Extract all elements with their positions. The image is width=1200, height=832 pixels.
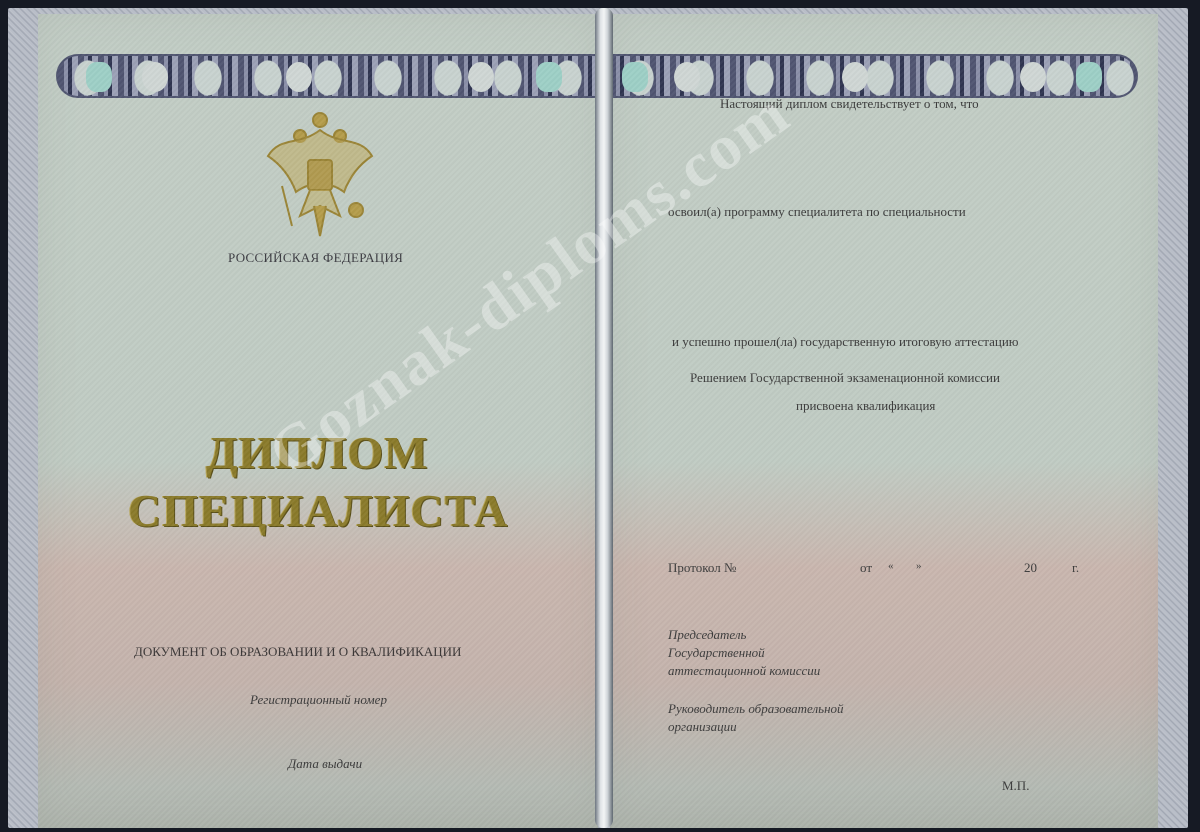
chairman-line3: аттестационной комиссии <box>668 662 820 680</box>
diploma-title-line2: СПЕЦИАЛИСТА <box>128 484 508 537</box>
seal-label: М.П. <box>1002 778 1029 794</box>
guilloche-band-right <box>610 54 1138 98</box>
year-suffix: г. <box>1072 560 1079 576</box>
document-type: ДОКУМЕНТ ОБ ОБРАЗОВАНИИ И О КВАЛИФИКАЦИИ <box>134 644 461 660</box>
pale-ornament <box>286 62 312 92</box>
head-line2: организации <box>668 718 844 736</box>
teal-ornament <box>536 62 562 92</box>
issue-date-label: Дата выдачи <box>288 756 362 772</box>
teal-ornament <box>1076 62 1102 92</box>
protocol-label: Протокол № <box>668 560 736 576</box>
pale-ornament <box>842 62 868 92</box>
pale-ornament <box>674 62 700 92</box>
quote-close: » <box>916 560 922 572</box>
teal-ornament <box>86 62 112 92</box>
chairman-line2: Государственной <box>668 644 820 662</box>
teal-ornament <box>622 62 648 92</box>
pale-ornament <box>468 62 494 92</box>
head-line1: Руководитель образовательной <box>668 700 844 718</box>
country-name: РОССИЙСКАЯ ФЕДЕРАЦИЯ <box>228 250 403 266</box>
coat-of-arms-icon <box>260 106 380 246</box>
qualification-line: присвоена квалификация <box>796 398 935 414</box>
guilloche-band-left <box>56 54 612 98</box>
registration-number-label: Регистрационный номер <box>250 692 387 708</box>
year-prefix: 20 <box>1024 560 1037 576</box>
chairman-line1: Председатель <box>668 626 820 644</box>
from-label: от <box>860 560 872 576</box>
pale-ornament <box>142 62 168 92</box>
binding-spine <box>595 8 613 828</box>
chairman-signature-label: Председатель Государственной аттестацион… <box>668 626 820 680</box>
attestation-line: и успешно прошел(ла) государственную ито… <box>672 334 1019 350</box>
head-signature-label: Руководитель образовательной организации <box>668 700 844 736</box>
program-line: освоил(а) программу специалитета по спец… <box>668 204 966 220</box>
pale-ornament <box>1020 62 1046 92</box>
commission-decision-line: Решением Государственной экзаменационной… <box>690 370 1000 386</box>
quote-open: « <box>888 560 894 572</box>
